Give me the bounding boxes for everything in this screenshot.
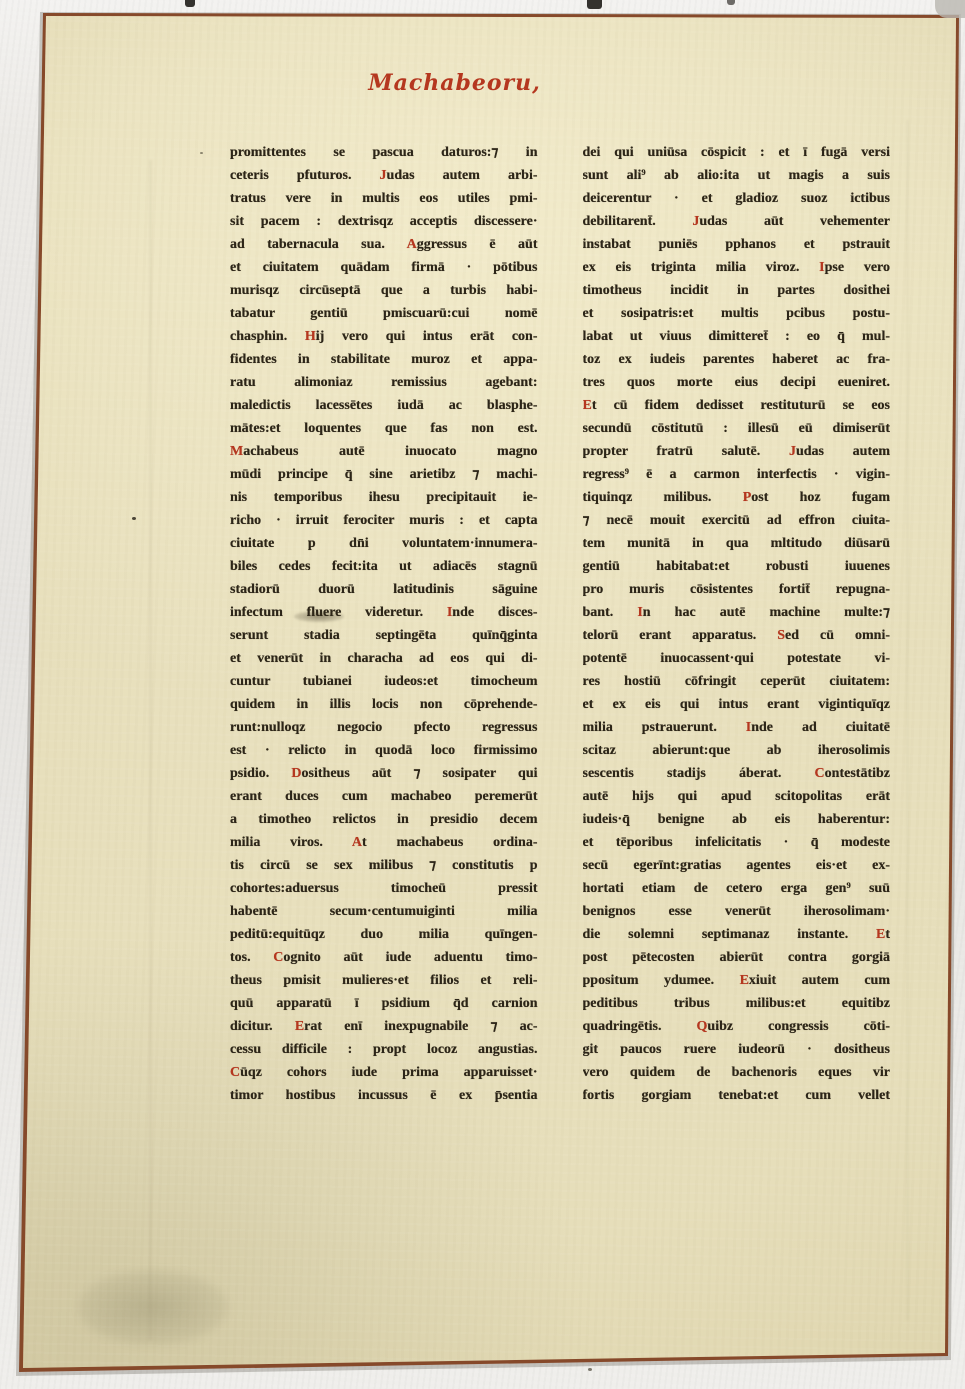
text-line: fidentes in stabilitate muroz et appa- — [230, 348, 538, 371]
text-line: mūdi principe q̄ sine arietibz ⁊ machi- — [230, 463, 538, 486]
text-line: timotheus incidit in partes dosithei — [583, 279, 891, 302]
text-line: autē hijs qui apud scitopolitas erāt — [583, 785, 891, 808]
text-line: git paucos ruere iudeorū · dositheus — [583, 1038, 891, 1061]
rubricated-initial: E — [740, 973, 749, 988]
rubricated-initial: A — [407, 237, 417, 252]
rubricated-initial: C — [815, 766, 825, 781]
rubricated-initial: A — [352, 835, 362, 850]
text-line: a timotheo relictos in presidio decem — [230, 808, 538, 831]
text-line: timor hostibus incussus ē ex p̄sentia — [230, 1084, 538, 1107]
text-line: ciuitate p dn̄i voluntatem·innumera- — [230, 532, 538, 555]
text-line: dei qui uniūsa cōspicit : et ī fugā vers… — [583, 141, 891, 164]
text-line: et sosipatris:et multis pcibus postu- — [583, 302, 891, 325]
text-block: promittentes se pascua daturos:⁊ inceter… — [230, 141, 890, 1107]
text-line: est · relicto in quodā loco firmissimo — [230, 739, 538, 762]
text-line: peditibus tribus milibus:et equitibz — [583, 992, 891, 1015]
text-line: Et cū fidem dedisset restituturū se eos — [583, 394, 891, 417]
text-line: tem munitā in qua mltitudo diūsarū — [583, 532, 891, 555]
text-line: chasphin. Hij vero qui intus erāt con- — [230, 325, 538, 348]
text-line: tres quos morte eius decipi eueniret. — [583, 371, 891, 394]
text-line: tratus vere in multis eos utiles pmi- — [230, 187, 538, 210]
text-line: quidem in illis locis non cōprehende- — [230, 693, 538, 716]
text-line: serunt stadia septingēta quīnq̄ginta — [230, 624, 538, 647]
text-line: gentiū habitabat:et robusti iuuenes — [583, 555, 891, 578]
text-line: richo · irruit ferociter muris : et capt… — [230, 509, 538, 532]
text-line: regress⁹ ē a carmon interfectis · vigin- — [583, 463, 891, 486]
text-line: bant. In hac autē machine multe:⁊ — [583, 601, 891, 624]
rubricated-initial: E — [876, 927, 885, 942]
text-line: ratu alimoniaz remissius agebant: — [230, 371, 538, 394]
rubricated-initial: E — [295, 1019, 304, 1034]
text-line: ⁊ necē mouit exercitū ad effron ciuita- — [583, 509, 891, 532]
text-line: cessu difficile : propt locoz angustias. — [230, 1038, 538, 1061]
mount-mark — [727, 0, 735, 5]
text-line: potentē inuocassent·qui potestate vi- — [583, 647, 891, 670]
rubricated-initial: P — [743, 490, 752, 505]
text-line: secū egerīnt:gratias agentes eis·et ex- — [583, 854, 891, 877]
stain-speck — [132, 517, 136, 520]
text-line: Machabeus autē inuocato magno — [230, 440, 538, 463]
text-line: labat ut viuus dimitteret̄ : eo q̄ mul- — [583, 325, 891, 348]
text-line: Cūqz cohors iude prima apparuisset· — [230, 1061, 538, 1084]
rubricated-initial: C — [230, 1065, 240, 1080]
text-line: cohortes:aduersus timocheū pressit — [230, 877, 538, 900]
text-line: et tēporibus infelicitatis · q̄ modeste — [583, 831, 891, 854]
running-title: Machabeoru, — [0, 70, 937, 96]
rubricated-initial: J — [380, 168, 387, 183]
text-line: milia viros. At machabeus ordina- — [230, 831, 538, 854]
text-line: propter fratrū salutē. Judas autem — [583, 440, 891, 463]
rubricated-initial: J — [789, 444, 796, 459]
text-line: et venerūt in characha ad eos qui di- — [230, 647, 538, 670]
text-line: et ciuitatem quādam firmā · pōtibus — [230, 256, 538, 279]
text-line: ppositum ydumee. Exiuit autem cum — [583, 969, 891, 992]
text-line: maledictis lacessētes iudā ac blasphe- — [230, 394, 538, 417]
vellum-crease-left — [149, 160, 152, 1340]
text-line: pro muris cōsistentes fortit̄ repugna- — [583, 578, 891, 601]
text-line: habentē secum·centumuiginti milia — [230, 900, 538, 923]
text-line: benignos esse venerūt iherosolimam· — [583, 900, 891, 923]
text-line: infectum fluere videretur. Inde disces- — [230, 601, 538, 624]
text-line: mātes:et loquentes que fas non est. — [230, 417, 538, 440]
text-line: promittentes se pascua daturos:⁊ in — [230, 141, 538, 164]
vellum-crease-right — [906, 120, 909, 1320]
text-line: milia pstrauerunt. Inde ad ciuitatē — [583, 716, 891, 739]
text-line: deicerentur · et gladioz suoz ictibus — [583, 187, 891, 210]
text-line: runt:nulloqz negocio pfecto regressus — [230, 716, 538, 739]
text-line: sescentis stadijs áberat. Contestātibz — [583, 762, 891, 785]
text-line: ex eis triginta milia viroz. Ipse vero — [583, 256, 891, 279]
text-line: tiquinqz milibus. Post hoz fugam — [583, 486, 891, 509]
text-line: peditū:equitūqz duo milia quīngen- — [230, 923, 538, 946]
text-line: post pētecosten abierūt contra gorgiā — [583, 946, 891, 969]
rubricated-initial: S — [777, 628, 785, 643]
mount-mark — [185, 0, 195, 7]
text-column-right: dei qui uniūsa cōspicit : et ī fugā vers… — [583, 141, 891, 1107]
text-line: telorū erant apparatus. Sed cū omni- — [583, 624, 891, 647]
text-line: tabatur gentiū pmiscuarū:cui nomē — [230, 302, 538, 325]
text-line: stadiorū duorū latitudinis sāguine — [230, 578, 538, 601]
text-line: iudeis·q̄ benigne ab eis haberentur: — [583, 808, 891, 831]
text-line: quadringētis. Quibz congressis cōti- — [583, 1015, 891, 1038]
rubricated-initial: E — [583, 398, 592, 413]
text-line: erant duces cum machabeo peremerūt — [230, 785, 538, 808]
rubricated-initial: Q — [697, 1019, 708, 1034]
text-line: cuntur tubianei iudeos:et timocheum — [230, 670, 538, 693]
mount-mark — [587, 0, 602, 9]
stain-bottom-left — [78, 1270, 228, 1345]
rubricated-initial: M — [230, 444, 243, 459]
stain-speck — [200, 152, 203, 154]
text-line: murisqz circūseptā que a turbis habi- — [230, 279, 538, 302]
text-line: res hostiū cōfringit ceperūt ciuitatem: — [583, 670, 891, 693]
text-line: toz ex iudeis parentes haberet ac fra- — [583, 348, 891, 371]
stain-speck — [836, 1046, 839, 1049]
text-line: ad tabernacula sua. Aggressus ē aūt — [230, 233, 538, 256]
text-line: instabat puniēs pphanos et pstrauit — [583, 233, 891, 256]
ink-smudge — [294, 611, 344, 622]
rubricated-initial: C — [273, 950, 283, 965]
text-line: sunt ali⁹ ab alio:ita ut magis a suis — [583, 164, 891, 187]
text-line: die solemni septimanaz instante. Et — [583, 923, 891, 946]
text-line: psidio. Dositheus aūt ⁊ sosipater qui — [230, 762, 538, 785]
text-line: dicitur. Erat enī inexpugnabile ⁊ ac- — [230, 1015, 538, 1038]
text-line: tos. Cognito aūt iude aduentu timo- — [230, 946, 538, 969]
text-line: biles cedes fecit:ita ut adiacēs stagnū — [230, 555, 538, 578]
text-line: vero quidem de bachenoris eques vir — [583, 1061, 891, 1084]
text-line: nis temporibus ihesu precipitauit ie- — [230, 486, 538, 509]
rubricated-initial: H — [305, 329, 316, 344]
text-line: scitaz abierunt:que ab iherosolimis — [583, 739, 891, 762]
text-line: tis circū se sex milibus ⁊ constitutis p — [230, 854, 538, 877]
text-line: fortis gorgiam tenebat:et cum vellet — [583, 1084, 891, 1107]
text-line: hortati etiam de cetero erga gen⁹ suū — [583, 877, 891, 900]
text-line: quū apparatū ī psidium q̄d carnion — [230, 992, 538, 1015]
text-line: sit pacem : dextrisqz acceptis discesser… — [230, 210, 538, 233]
mat-fold-corner — [935, 0, 965, 18]
text-line: debilitarent̄. Judas aūt vehementer — [583, 210, 891, 233]
text-line: ceteris pfuturos. Judas autem arbi- — [230, 164, 538, 187]
stain-speck — [588, 1368, 592, 1371]
text-column-left: promittentes se pascua daturos:⁊ inceter… — [230, 141, 538, 1107]
text-line: secundū cōstitutū : illesū eū dimiserūt — [583, 417, 891, 440]
text-line: theus pmisit mulieres·et filios et reli- — [230, 969, 538, 992]
text-line: et ex eis qui intus erant vigintiquīqz — [583, 693, 891, 716]
rubricated-initial: D — [291, 766, 301, 781]
photographed-manuscript-scene: Machabeoru, promittentes se pascua datur… — [0, 0, 965, 1389]
